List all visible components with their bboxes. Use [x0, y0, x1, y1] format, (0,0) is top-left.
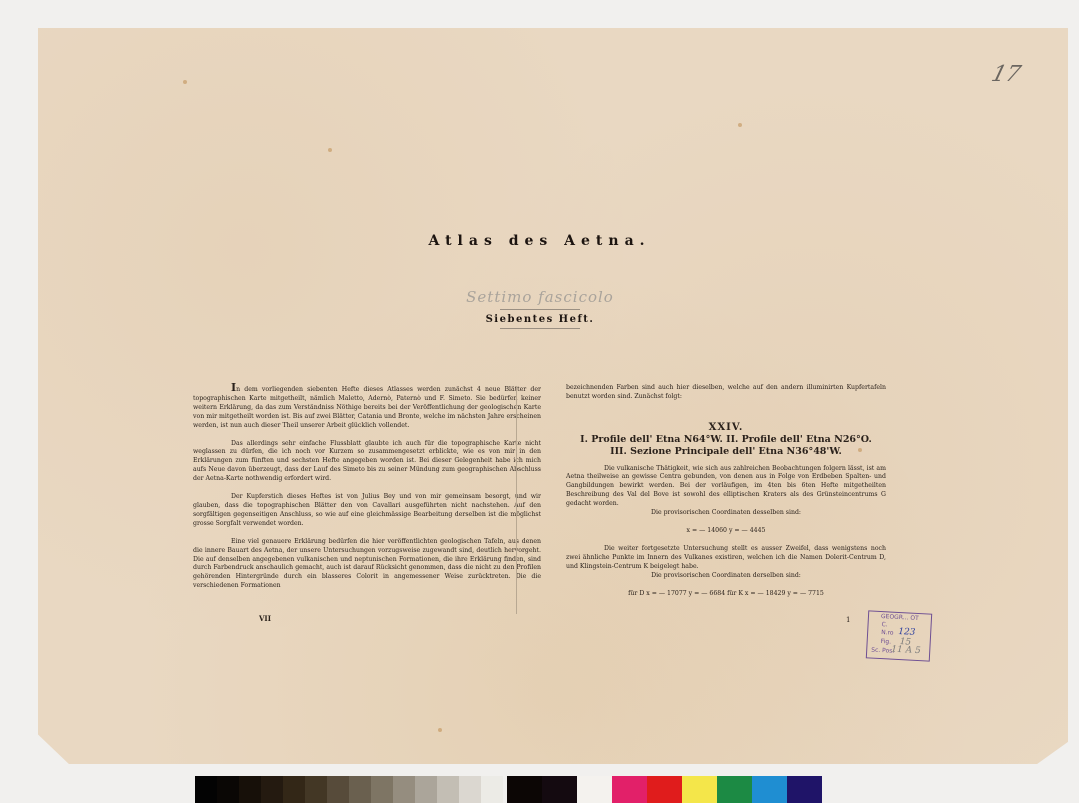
paragraph: Der Kupferstich dieses Heftes ist von Ju…: [193, 493, 541, 529]
paragraph: Die weiter fortgesetzte Untersuchung ste…: [566, 545, 886, 572]
color-swatch: [612, 776, 647, 803]
left-column: In dem vorliegenden siebenten Hefte dies…: [193, 384, 541, 591]
coordinates-values: x = — 14060 y = — 4445: [566, 527, 886, 536]
coordinates-label: Die provisorischen Coordinaten desselben…: [566, 509, 886, 518]
paragraph: Die vulkanische Thätigkeit, wie sich aus…: [566, 465, 886, 510]
gray-patch: [371, 776, 393, 803]
paragraph: Das allerdings sehr einfache Flussblatt …: [193, 440, 541, 485]
plate-title-line-1: I. Profile dell' Etna N64°W. II. Profile…: [566, 436, 886, 445]
column-divider: [516, 386, 517, 614]
title-rule-bottom: [500, 328, 580, 329]
coordinates-values: für D x = — 17077 y = — 6684 für K x = —…: [566, 590, 886, 599]
paragraph: bezeichnenden Farben sind auch hier dies…: [566, 384, 886, 402]
library-stamp: GEOGR... OT C. N.ro 123 Fig. 15 Sc. Pos.…: [866, 610, 932, 661]
plate-title-line-2: III. Sezione Principale dell' Etna N36°4…: [566, 448, 886, 457]
page-mark-right: 1: [846, 616, 850, 624]
coordinates-label: Die provisorischen Coordinaten derselben…: [566, 572, 886, 581]
gray-patch: [415, 776, 437, 803]
color-swatch: [752, 776, 787, 803]
color-swatch: [787, 776, 822, 803]
document-subtitle: Siebentes Heft.: [455, 314, 625, 325]
dark-patch: [542, 776, 577, 803]
gray-patch: [261, 776, 283, 803]
gray-patch: [481, 776, 503, 803]
page-mark-left: VII: [259, 614, 271, 623]
right-column: bezeichnenden Farben sind auch hier dies…: [566, 384, 886, 607]
gray-patch: [393, 776, 415, 803]
gray-patch: [239, 776, 261, 803]
gray-patch: [217, 776, 239, 803]
handwritten-annotation: Settimo fascicolo: [455, 288, 625, 306]
gray-patch: [327, 776, 349, 803]
gray-patch: [349, 776, 371, 803]
gray-patch: [195, 776, 217, 803]
white-patch: [577, 776, 612, 803]
color-swatch: [717, 776, 752, 803]
gray-patch: [459, 776, 481, 803]
document-title: Atlas des Aetna.: [0, 233, 1079, 249]
color-swatch: [682, 776, 717, 803]
paragraph: Eine viel genauere Erklärung bedürfen di…: [193, 538, 541, 591]
dark-patch: [507, 776, 542, 803]
paragraph: In dem vorliegenden siebenten Hefte dies…: [193, 384, 541, 431]
gray-patch: [305, 776, 327, 803]
plate-number: XXIV.: [566, 424, 886, 433]
color-swatch: [647, 776, 682, 803]
gray-patch: [283, 776, 305, 803]
gray-patch: [437, 776, 459, 803]
title-rule-top: [500, 309, 580, 310]
